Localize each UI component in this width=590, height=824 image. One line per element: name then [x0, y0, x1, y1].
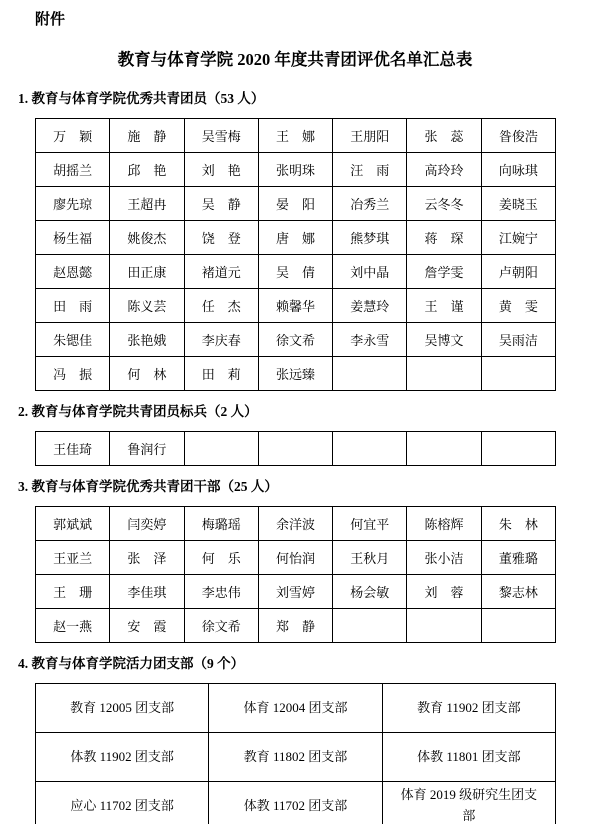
table-cell: 向咏琪 [481, 153, 555, 187]
table-cell: 教育 11802 团支部 [209, 733, 382, 782]
table-cell: 张远臻 [258, 357, 332, 391]
table-cell: 张 泽 [110, 541, 184, 575]
table-cell: 王秋月 [333, 541, 407, 575]
table-cell: 吴博文 [407, 323, 481, 357]
table-cell: 王 谨 [407, 289, 481, 323]
table-cell: 何宜平 [333, 507, 407, 541]
table-cell: 教育 11902 团支部 [382, 684, 555, 733]
table-cell: 王佳琦 [36, 432, 110, 466]
table-cell: 昝俊浩 [481, 119, 555, 153]
table-cell: 黎志林 [481, 575, 555, 609]
table-cell: 黄 雯 [481, 289, 555, 323]
table-cell [407, 357, 481, 391]
table-cell: 体育 2019 级研究生团支部 [382, 782, 555, 824]
table-cell [184, 432, 258, 466]
table-row: 万 颖施 静吴雪梅王 娜王朋阳张 蕊昝俊浩 [36, 119, 556, 153]
table-cell: 刘 艳 [184, 153, 258, 187]
table-cell: 陈榕辉 [407, 507, 481, 541]
table-row: 王 珊李佳琪李忠伟刘雪婷杨会敏刘 蓉黎志林 [36, 575, 556, 609]
table-cell: 刘中晶 [333, 255, 407, 289]
table-row: 冯 振何 林田 莉张远臻 [36, 357, 556, 391]
table-cell: 杨生福 [36, 221, 110, 255]
active-branches-table: 教育 12005 团支部体育 12004 团支部教育 11902 团支部体教 1… [35, 683, 556, 824]
table-cell: 鲁润行 [110, 432, 184, 466]
table-cell: 褚道元 [184, 255, 258, 289]
table-cell: 田 雨 [36, 289, 110, 323]
table-cell: 云冬冬 [407, 187, 481, 221]
table-cell: 体教 11902 团支部 [36, 733, 209, 782]
table-cell [333, 357, 407, 391]
table-cell: 赵一燕 [36, 609, 110, 643]
table-cell: 饶 登 [184, 221, 258, 255]
table-cell [333, 609, 407, 643]
table-cell: 安 霞 [110, 609, 184, 643]
table-cell: 张艳娥 [110, 323, 184, 357]
table-cell [481, 432, 555, 466]
table-cell: 唐 娜 [258, 221, 332, 255]
table-cell: 江婉宁 [481, 221, 555, 255]
table-row: 朱锶佳张艳娥李庆春徐文希李永雪吴博文吴雨洁 [36, 323, 556, 357]
table-cell: 姚俊杰 [110, 221, 184, 255]
table-cell: 汪 雨 [333, 153, 407, 187]
table-cell: 何怡润 [258, 541, 332, 575]
table-row: 赵恩懿田正康褚道元吴 倩刘中晶詹学雯卢朝阳 [36, 255, 556, 289]
table-row: 应心 11702 团支部体教 11702 团支部体育 2019 级研究生团支部 [36, 782, 556, 824]
table-cell: 闫奕婷 [110, 507, 184, 541]
table-cell: 赖馨华 [258, 289, 332, 323]
table-cell: 董雅璐 [481, 541, 555, 575]
table-row: 王佳琦鲁润行 [36, 432, 556, 466]
table-cell: 王 珊 [36, 575, 110, 609]
table-cell: 何 乐 [184, 541, 258, 575]
table-cell: 万 颖 [36, 119, 110, 153]
table-cell: 何 林 [110, 357, 184, 391]
section-heading-excellent-cadres: 3. 教育与体育学院优秀共青团干部（25 人） [18, 475, 590, 495]
table-cell: 陈义芸 [110, 289, 184, 323]
table-row: 田 雨陈义芸任 杰赖馨华姜慧玲王 谨黄 雯 [36, 289, 556, 323]
table-cell: 吴 静 [184, 187, 258, 221]
table-cell: 李庆春 [184, 323, 258, 357]
page-title: 教育与体育学院 2020 年度共青团评优名单汇总表 [0, 46, 590, 70]
table-cell: 张 蕊 [407, 119, 481, 153]
table-row: 体教 11902 团支部教育 11802 团支部体教 11801 团支部 [36, 733, 556, 782]
table-row: 赵一燕安 霞徐文希郑 静 [36, 609, 556, 643]
table-cell: 任 杰 [184, 289, 258, 323]
table-cell: 田 莉 [184, 357, 258, 391]
table-cell: 体育 12004 团支部 [209, 684, 382, 733]
table-cell: 李永雪 [333, 323, 407, 357]
table-cell [481, 609, 555, 643]
table-cell: 姜慧玲 [333, 289, 407, 323]
table-cell: 蒋 琛 [407, 221, 481, 255]
table-cell: 熊梦琪 [333, 221, 407, 255]
table-cell: 施 静 [110, 119, 184, 153]
table-row: 王亚兰张 泽何 乐何怡润王秋月张小洁董雅璐 [36, 541, 556, 575]
table-cell: 廖先琼 [36, 187, 110, 221]
table-cell: 王 娜 [258, 119, 332, 153]
section-heading-excellent-members: 1. 教育与体育学院优秀共青团员（53 人） [18, 87, 590, 107]
table-row: 郭斌斌闫奕婷梅璐瑶余洋波何宜平陈榕辉朱 林 [36, 507, 556, 541]
table-row: 廖先琼王超冉吴 静晏 阳冶秀兰云冬冬姜晓玉 [36, 187, 556, 221]
table-cell [407, 609, 481, 643]
table-cell: 冯 振 [36, 357, 110, 391]
table-row: 教育 12005 团支部体育 12004 团支部教育 11902 团支部 [36, 684, 556, 733]
table-cell: 李佳琪 [110, 575, 184, 609]
table-cell: 朱 林 [481, 507, 555, 541]
table-cell: 冶秀兰 [333, 187, 407, 221]
table-cell: 张小洁 [407, 541, 481, 575]
table-cell: 郭斌斌 [36, 507, 110, 541]
table-cell: 吴 倩 [258, 255, 332, 289]
table-cell: 余洋波 [258, 507, 332, 541]
document-page: 附件 教育与体育学院 2020 年度共青团评优名单汇总表 1. 教育与体育学院优… [0, 8, 590, 824]
table-cell: 胡摇兰 [36, 153, 110, 187]
table-cell: 体教 11702 团支部 [209, 782, 382, 824]
table-cell: 邱 艳 [110, 153, 184, 187]
excellent-members-table: 万 颖施 静吴雪梅王 娜王朋阳张 蕊昝俊浩胡摇兰邱 艳刘 艳张明珠汪 雨高玲玲向… [35, 118, 556, 391]
table-cell: 刘 蓉 [407, 575, 481, 609]
table-cell: 体教 11801 团支部 [382, 733, 555, 782]
section-heading-model-members: 2. 教育与体育学院共青团员标兵（2 人） [18, 400, 590, 420]
table-cell [333, 432, 407, 466]
table-cell: 朱锶佳 [36, 323, 110, 357]
table-row: 杨生福姚俊杰饶 登唐 娜熊梦琪蒋 琛江婉宁 [36, 221, 556, 255]
table-cell: 梅璐瑶 [184, 507, 258, 541]
table-row: 胡摇兰邱 艳刘 艳张明珠汪 雨高玲玲向咏琪 [36, 153, 556, 187]
table-cell: 吴雨洁 [481, 323, 555, 357]
table-cell: 王超冉 [110, 187, 184, 221]
table-cell: 卢朝阳 [481, 255, 555, 289]
table-cell: 詹学雯 [407, 255, 481, 289]
table-cell: 李忠伟 [184, 575, 258, 609]
table-cell: 晏 阳 [258, 187, 332, 221]
model-members-table: 王佳琦鲁润行 [35, 431, 556, 466]
table-cell: 刘雪婷 [258, 575, 332, 609]
table-cell [258, 432, 332, 466]
attachment-label: 附件 [35, 8, 590, 29]
table-cell: 张明珠 [258, 153, 332, 187]
table-cell: 赵恩懿 [36, 255, 110, 289]
table-cell: 教育 12005 团支部 [36, 684, 209, 733]
table-cell: 高玲玲 [407, 153, 481, 187]
table-cell: 杨会敏 [333, 575, 407, 609]
table-cell: 吴雪梅 [184, 119, 258, 153]
table-cell [407, 432, 481, 466]
table-cell: 应心 11702 团支部 [36, 782, 209, 824]
excellent-cadres-table: 郭斌斌闫奕婷梅璐瑶余洋波何宜平陈榕辉朱 林王亚兰张 泽何 乐何怡润王秋月张小洁董… [35, 506, 556, 643]
table-cell: 王朋阳 [333, 119, 407, 153]
table-cell: 姜晓玉 [481, 187, 555, 221]
table-cell: 徐文希 [258, 323, 332, 357]
table-cell: 田正康 [110, 255, 184, 289]
table-cell [481, 357, 555, 391]
section-heading-active-branches: 4. 教育与体育学院活力团支部（9 个） [18, 652, 590, 672]
table-cell: 郑 静 [258, 609, 332, 643]
table-cell: 王亚兰 [36, 541, 110, 575]
table-cell: 徐文希 [184, 609, 258, 643]
